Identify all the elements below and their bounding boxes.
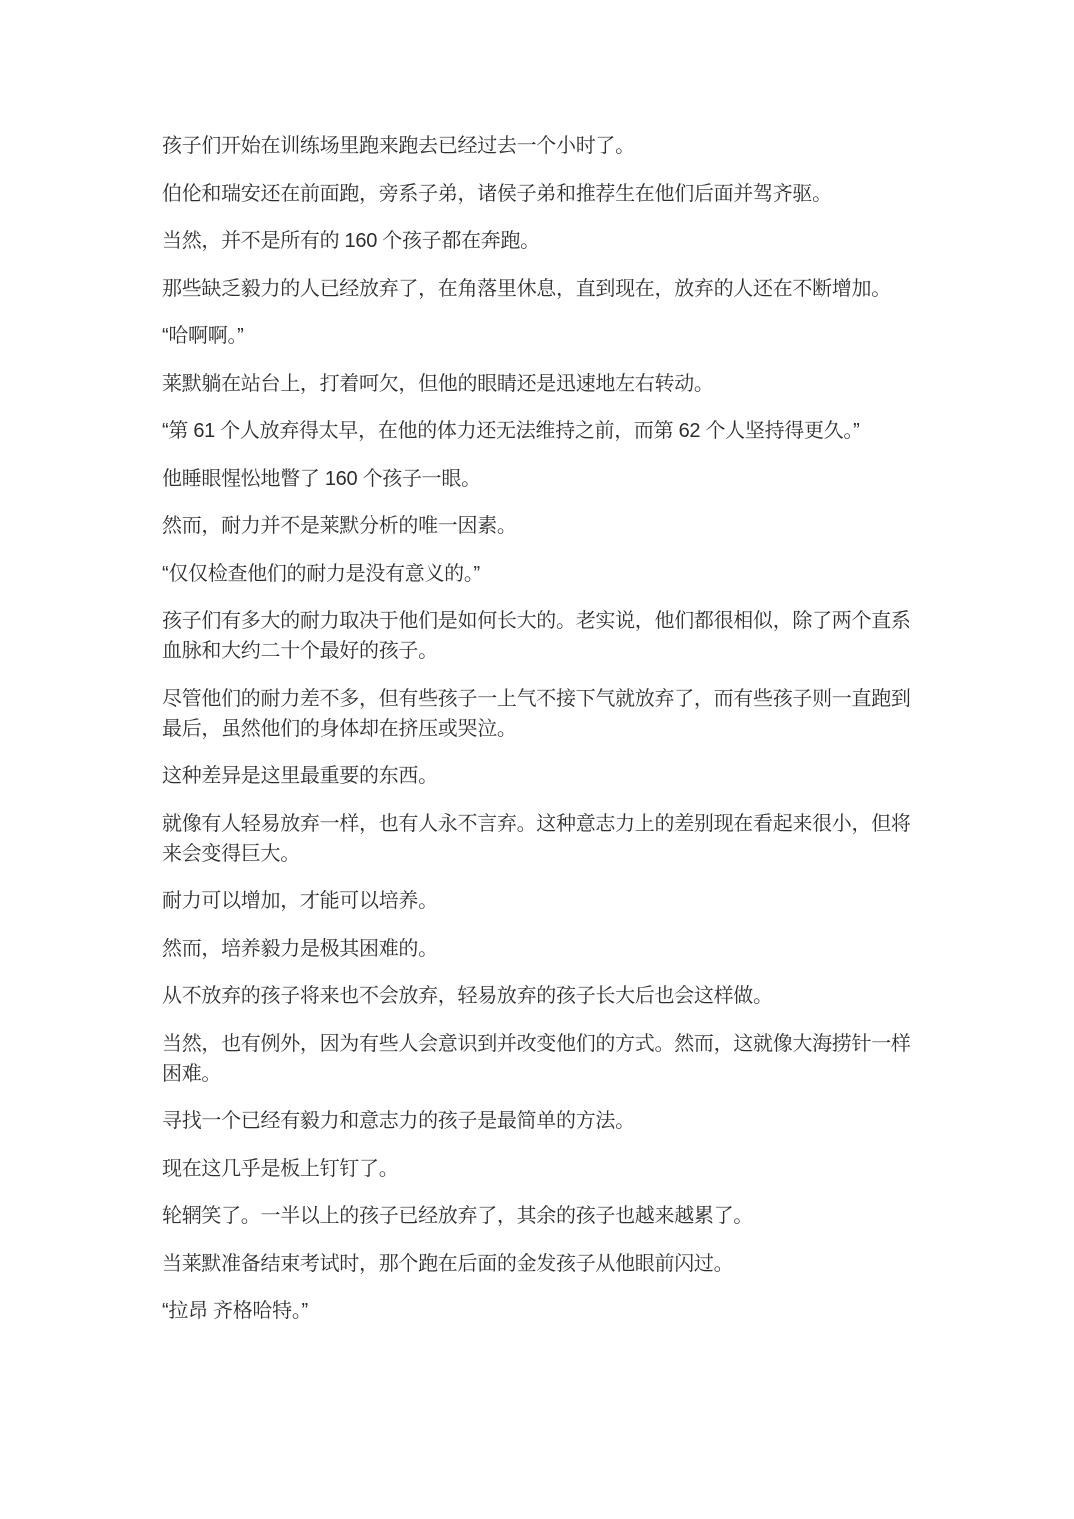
paragraph: 莱默躺在站台上，打着呵欠，但他的眼睛还是迅速地左右转动。 — [162, 369, 919, 399]
paragraph: 这种差异是这里最重要的东西。 — [162, 761, 919, 791]
paragraph: 尽管他们的耐力差不多，但有些孩子一上气不接下气就放弃了，而有些孩子则一直跑到最后… — [162, 684, 919, 744]
paragraph: 轮辋笑了。一半以上的孩子已经放弃了，其余的孩子也越来越累了。 — [162, 1201, 919, 1231]
paragraph-dialogue: “拉昂 齐格哈特。” — [162, 1296, 919, 1326]
document-page: 孩子们开始在训练场里跑来跑去已经过去一个小时了。 伯伦和瑞安还在前面跑，旁系子弟… — [0, 0, 1074, 1519]
paragraph: 伯伦和瑞安还在前面跑，旁系子弟，诸侯子弟和推荐生在他们后面并驾齐驱。 — [162, 179, 919, 209]
paragraph: 然而，培养毅力是极其困难的。 — [162, 934, 919, 964]
paragraph: 当然，也有例外，因为有些人会意识到并改变他们的方式。然而，这就像大海捞针一样困难… — [162, 1029, 919, 1089]
paragraph: 耐力可以增加，才能可以培养。 — [162, 886, 919, 916]
paragraph: 孩子们有多大的耐力取决于他们是如何长大的。老实说，他们都很相似，除了两个直系血脉… — [162, 606, 919, 666]
paragraph: 从不放弃的孩子将来也不会放弃，轻易放弃的孩子长大后也会这样做。 — [162, 981, 919, 1011]
paragraph: 他睡眼惺忪地瞥了 160 个孩子一眼。 — [162, 464, 919, 494]
paragraph-dialogue: “仅仅检查他们的耐力是没有意义的。” — [162, 559, 919, 589]
paragraph: 现在这几乎是板上钉钉了。 — [162, 1154, 919, 1184]
paragraph: 然而，耐力并不是莱默分析的唯一因素。 — [162, 511, 919, 541]
paragraph: 孩子们开始在训练场里跑来跑去已经过去一个小时了。 — [162, 131, 919, 161]
paragraph: 那些缺乏毅力的人已经放弃了，在角落里休息，直到现在，放弃的人还在不断增加。 — [162, 274, 919, 304]
paragraph: 当莱默准备结束考试时，那个跑在后面的金发孩子从他眼前闪过。 — [162, 1249, 919, 1279]
paragraph: 当然，并不是所有的 160 个孩子都在奔跑。 — [162, 226, 919, 256]
paragraph-dialogue: “哈啊啊。” — [162, 321, 919, 351]
paragraph: 寻找一个已经有毅力和意志力的孩子是最简单的方法。 — [162, 1106, 919, 1136]
paragraph: 就像有人轻易放弃一样，也有人永不言弃。这种意志力上的差别现在看起来很小，但将来会… — [162, 809, 919, 869]
paragraph-dialogue: “第 61 个人放弃得太早，在他的体力还无法维持之前，而第 62 个人坚持得更久… — [162, 416, 919, 446]
